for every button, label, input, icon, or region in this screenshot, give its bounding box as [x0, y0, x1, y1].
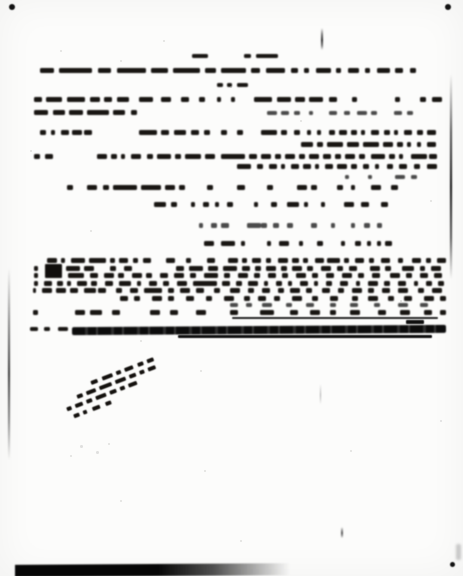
text-fragment — [277, 97, 291, 102]
vertical-scan-line — [450, 74, 452, 279]
text-fragment — [254, 202, 258, 207]
text-fragment — [377, 241, 381, 246]
text-fragment — [221, 68, 246, 73]
text-fragment — [118, 273, 124, 278]
text-fragment — [84, 266, 94, 271]
text-fragment — [307, 130, 311, 135]
text-fragment — [352, 97, 357, 102]
text-fragment — [230, 310, 238, 315]
edge-smudge — [456, 544, 461, 560]
text-fragment — [364, 223, 370, 228]
vertical-scan-line — [321, 28, 323, 50]
stamp-text-fragment — [109, 389, 117, 395]
text-fragment — [224, 273, 230, 278]
text-fragment — [287, 223, 293, 228]
text-fragment — [417, 130, 423, 135]
text-fragment — [179, 185, 185, 190]
text-fragment — [230, 303, 238, 307]
stamp-text-fragment — [82, 410, 87, 415]
text-fragment — [287, 202, 299, 207]
text-fragment — [295, 97, 305, 102]
text-fragment — [242, 266, 250, 271]
text-fragment — [381, 202, 388, 207]
stamp-text-fragment — [129, 373, 137, 379]
text-fragment — [248, 288, 254, 293]
text-fragment — [384, 281, 390, 286]
text-fragment — [266, 68, 285, 73]
text-fragment — [407, 111, 413, 115]
text-fragment — [34, 266, 38, 271]
text-fragment — [111, 154, 117, 159]
text-fragment — [281, 164, 285, 169]
text-fragment — [261, 154, 271, 159]
text-fragment — [344, 202, 354, 207]
text-fragment — [237, 83, 248, 87]
text-fragment — [341, 241, 345, 246]
text-fragment — [432, 97, 442, 102]
text-fragment — [34, 154, 40, 159]
stamp-text-fragment — [90, 379, 98, 385]
text-fragment — [208, 266, 218, 271]
text-fragment — [254, 97, 272, 102]
text-fragment — [247, 223, 261, 228]
text-fragment — [273, 223, 279, 228]
text-fragment — [256, 54, 278, 58]
text-fragment — [191, 202, 195, 207]
text-fragment — [303, 164, 311, 169]
text-fragment — [34, 273, 38, 278]
text-fragment — [227, 202, 233, 207]
text-fragment — [242, 258, 247, 263]
text-fragment — [429, 154, 437, 159]
text-fragment — [389, 154, 395, 159]
noise-speck — [70, 455, 72, 457]
text-fragment — [294, 130, 300, 135]
text-fragment — [345, 175, 349, 179]
noise-speck — [108, 443, 110, 445]
noise-speck — [430, 200, 432, 202]
text-fragment — [69, 110, 83, 115]
text-fragment — [291, 68, 298, 73]
text-fragment — [244, 54, 251, 58]
text-fragment — [238, 273, 248, 278]
text-fragment — [398, 303, 408, 307]
text-fragment — [258, 296, 266, 301]
text-fragment — [67, 97, 85, 102]
text-fragment — [365, 68, 370, 73]
text-fragment — [121, 154, 125, 159]
text-fragment — [299, 154, 305, 159]
noise-speck — [120, 500, 122, 502]
text-fragment — [269, 164, 277, 169]
text-fragment — [231, 97, 235, 102]
stamp-text-fragment — [139, 369, 145, 375]
text-fragment — [351, 130, 357, 135]
text-fragment — [91, 281, 97, 286]
text-fragment — [228, 258, 238, 263]
text-fragment — [244, 296, 250, 301]
text-fragment — [150, 310, 160, 315]
text-fragment — [151, 68, 168, 73]
text-fragment — [119, 281, 131, 286]
text-fragment — [369, 258, 374, 263]
noise-speck — [230, 86, 232, 88]
text-fragment — [181, 97, 189, 102]
text-fragment — [326, 273, 334, 278]
text-fragment — [336, 68, 341, 73]
text-fragment — [221, 223, 229, 228]
text-fragment — [306, 288, 312, 293]
text-fragment — [351, 223, 355, 228]
text-fragment — [255, 266, 261, 271]
text-fragment — [67, 281, 71, 286]
text-fragment — [371, 154, 385, 159]
text-fragment — [45, 154, 53, 159]
stamp-text-fragment — [75, 402, 84, 409]
text-fragment — [402, 266, 414, 271]
text-fragment — [84, 130, 92, 135]
text-fragment — [363, 142, 379, 147]
stamp-text-fragment — [101, 373, 113, 381]
text-fragment — [113, 185, 137, 190]
text-fragment — [214, 288, 220, 293]
text-fragment — [176, 266, 184, 271]
text-fragment — [58, 327, 68, 331]
text-fragment — [170, 310, 178, 315]
text-fragment — [57, 281, 63, 286]
text-fragment — [223, 266, 237, 271]
text-fragment — [112, 310, 120, 315]
text-fragment — [154, 202, 166, 207]
text-fragment — [71, 258, 85, 263]
text-fragment — [262, 288, 270, 293]
text-fragment — [330, 296, 338, 301]
text-fragment — [149, 281, 157, 286]
text-fragment — [33, 310, 38, 315]
text-fragment — [175, 154, 181, 159]
text-fragment — [317, 241, 323, 246]
noise-speck — [90, 230, 92, 232]
text-fragment — [440, 296, 446, 301]
text-fragment — [398, 288, 408, 293]
text-fragment — [171, 202, 177, 207]
text-fragment — [254, 273, 260, 278]
text-fragment — [267, 111, 277, 115]
noise-speck — [240, 540, 242, 542]
text-fragment — [267, 185, 273, 190]
text-fragment — [278, 258, 288, 263]
registration-dot — [450, 562, 455, 567]
heavy-text-band — [72, 325, 446, 335]
text-fragment — [420, 97, 426, 102]
text-fragment — [117, 97, 129, 102]
text-fragment — [361, 202, 369, 207]
text-fragment — [191, 130, 199, 135]
text-fragment — [390, 273, 400, 278]
text-fragment — [110, 258, 115, 263]
text-fragment — [131, 154, 141, 159]
noise-speck — [300, 120, 302, 122]
text-fragment — [400, 310, 410, 315]
text-fragment — [282, 273, 288, 278]
text-fragment — [105, 281, 113, 286]
text-fragment — [98, 68, 111, 73]
stamp-text-fragment — [124, 365, 134, 372]
text-fragment — [133, 258, 138, 263]
text-fragment — [261, 130, 277, 135]
text-fragment — [352, 288, 362, 293]
text-fragment — [294, 111, 300, 115]
text-fragment — [292, 266, 302, 271]
text-fragment — [382, 288, 390, 293]
text-fragment — [355, 241, 361, 246]
text-fragment — [418, 288, 424, 293]
text-fragment — [385, 241, 392, 246]
text-fragment — [124, 266, 132, 271]
text-fragment — [249, 154, 257, 159]
text-fragment — [315, 164, 319, 169]
stamp-text-fragment — [95, 393, 107, 401]
scanned-document-page — [0, 0, 463, 576]
noise-speck — [440, 420, 442, 422]
text-fragment — [44, 327, 50, 331]
text-fragment — [205, 68, 216, 73]
text-fragment — [166, 258, 175, 263]
text-fragment — [266, 258, 271, 263]
text-fragment — [266, 266, 276, 271]
text-fragment — [399, 164, 407, 169]
text-fragment — [61, 130, 69, 135]
text-fragment — [434, 273, 442, 278]
text-fragment — [236, 281, 242, 286]
text-fragment — [205, 154, 215, 159]
text-fragment — [56, 288, 66, 293]
text-fragment — [359, 154, 365, 159]
text-fragment — [84, 288, 96, 293]
text-fragment — [404, 296, 412, 301]
text-fragment — [252, 258, 261, 263]
text-fragment — [206, 296, 212, 301]
text-fragment — [279, 241, 289, 246]
text-fragment — [70, 288, 78, 293]
text-fragment — [215, 202, 219, 207]
text-fragment — [348, 68, 359, 73]
text-fragment — [350, 310, 360, 315]
text-fragment — [271, 202, 277, 207]
text-fragment — [147, 154, 153, 159]
stamp-text-fragment — [105, 400, 112, 406]
text-fragment — [257, 164, 263, 169]
text-fragment — [398, 258, 403, 263]
text-fragment — [297, 185, 307, 190]
text-fragment — [345, 154, 355, 159]
text-fragment — [385, 266, 391, 271]
text-fragment — [299, 241, 303, 246]
text-fragment — [34, 281, 38, 286]
text-fragment — [357, 111, 367, 115]
text-fragment — [177, 281, 187, 286]
text-fragment — [394, 111, 402, 115]
text-fragment — [46, 97, 62, 102]
text-fragment — [120, 296, 128, 301]
text-fragment — [337, 266, 343, 271]
text-fragment — [326, 281, 332, 286]
text-fragment — [310, 310, 320, 315]
noise-speck — [400, 300, 402, 302]
text-fragment — [160, 273, 168, 278]
text-fragment — [264, 281, 268, 286]
text-fragment — [90, 310, 102, 315]
text-fragment — [246, 303, 252, 307]
text-fragment — [424, 310, 432, 315]
text-fragment — [371, 185, 381, 190]
text-fragment — [207, 258, 215, 263]
registration-dot — [9, 4, 15, 10]
text-fragment — [339, 130, 347, 135]
text-fragment — [351, 185, 355, 190]
text-fragment — [285, 154, 295, 159]
text-fragment — [296, 273, 306, 278]
text-fragment — [180, 288, 190, 293]
text-fragment — [211, 223, 217, 228]
horizontal-rule — [232, 317, 438, 319]
text-fragment — [168, 288, 174, 293]
text-fragment — [358, 273, 364, 278]
text-fragment — [161, 130, 169, 135]
text-fragment — [168, 296, 174, 301]
stamp-text-fragment — [119, 385, 125, 391]
text-fragment — [378, 310, 386, 315]
text-fragment — [217, 97, 221, 102]
text-fragment — [304, 202, 308, 207]
noise-speck — [140, 340, 142, 342]
noise-speck — [80, 445, 83, 448]
text-fragment — [119, 258, 128, 263]
stamp-text-fragment — [76, 393, 83, 399]
text-fragment — [309, 97, 323, 102]
scanner-bar — [15, 563, 290, 576]
text-fragment — [417, 142, 421, 147]
text-fragment — [274, 296, 280, 301]
text-fragment — [426, 258, 431, 263]
text-fragment — [368, 175, 372, 179]
text-fragment — [337, 185, 343, 190]
text-fragment — [317, 130, 321, 135]
text-fragment — [427, 130, 436, 135]
stamp-text-fragment — [86, 388, 97, 395]
text-fragment — [281, 266, 287, 271]
text-fragment — [377, 223, 382, 228]
text-fragment — [237, 130, 243, 135]
horizontal-rule — [178, 335, 432, 338]
noise-speck — [96, 451, 99, 454]
text-fragment — [276, 281, 282, 286]
text-fragment — [87, 110, 109, 115]
text-fragment — [424, 296, 434, 301]
text-fragment — [196, 288, 204, 293]
text-fragment — [53, 110, 65, 115]
text-fragment — [61, 258, 65, 263]
stamp-text-fragment — [66, 406, 72, 412]
text-fragment — [337, 164, 347, 169]
text-fragment — [290, 288, 300, 293]
text-fragment — [355, 258, 364, 263]
text-fragment — [33, 288, 36, 293]
text-fragment — [72, 130, 82, 135]
text-fragment — [331, 223, 335, 228]
stamp-text-fragment — [147, 365, 156, 372]
text-fragment — [51, 130, 55, 135]
text-fragment — [325, 164, 333, 169]
text-fragment — [186, 296, 194, 301]
text-fragment — [367, 241, 371, 246]
text-fragment — [311, 223, 317, 228]
text-fragment — [427, 142, 436, 147]
text-fragment — [384, 130, 390, 135]
text-fragment — [237, 164, 251, 169]
text-fragment — [330, 303, 336, 307]
text-fragment — [75, 310, 85, 315]
text-fragment — [438, 281, 444, 286]
text-fragment — [199, 223, 203, 228]
text-fragment — [89, 258, 106, 263]
text-fragment — [251, 68, 260, 73]
text-fragment — [327, 142, 343, 147]
text-fragment — [190, 273, 196, 278]
text-fragment — [157, 154, 171, 159]
stamp-text-fragment — [115, 376, 127, 384]
text-fragment — [281, 130, 287, 135]
text-fragment — [312, 273, 318, 278]
stamp-text-fragment — [128, 381, 138, 388]
text-fragment — [414, 164, 420, 169]
text-fragment — [411, 154, 427, 159]
text-fragment — [117, 68, 146, 73]
text-fragment — [395, 68, 403, 73]
text-fragment — [309, 154, 319, 159]
text-fragment — [311, 185, 317, 190]
text-fragment — [350, 303, 358, 307]
text-fragment — [267, 241, 271, 246]
text-fragment — [374, 303, 380, 307]
text-fragment — [224, 296, 234, 301]
text-fragment — [134, 296, 140, 301]
noise-speck — [30, 150, 32, 152]
text-fragment — [90, 273, 98, 278]
text-fragment — [104, 273, 114, 278]
text-fragment — [30, 327, 38, 331]
text-fragment — [97, 154, 107, 159]
text-fragment — [420, 273, 428, 278]
text-fragment — [152, 296, 162, 301]
stamp-body — [59, 353, 178, 430]
text-fragment — [116, 288, 122, 293]
text-fragment — [316, 68, 331, 73]
text-fragment — [427, 164, 437, 169]
text-fragment — [278, 288, 284, 293]
text-fragment — [414, 281, 418, 286]
text-fragment — [186, 258, 191, 263]
text-fragment — [42, 288, 52, 293]
text-fragment — [329, 111, 337, 115]
text-fragment — [87, 185, 97, 190]
text-fragment — [342, 273, 352, 278]
text-fragment — [286, 303, 292, 307]
stamp-text-fragment — [86, 398, 93, 404]
text-fragment — [440, 310, 446, 315]
text-fragment — [387, 164, 393, 169]
noise-speck — [163, 40, 165, 42]
